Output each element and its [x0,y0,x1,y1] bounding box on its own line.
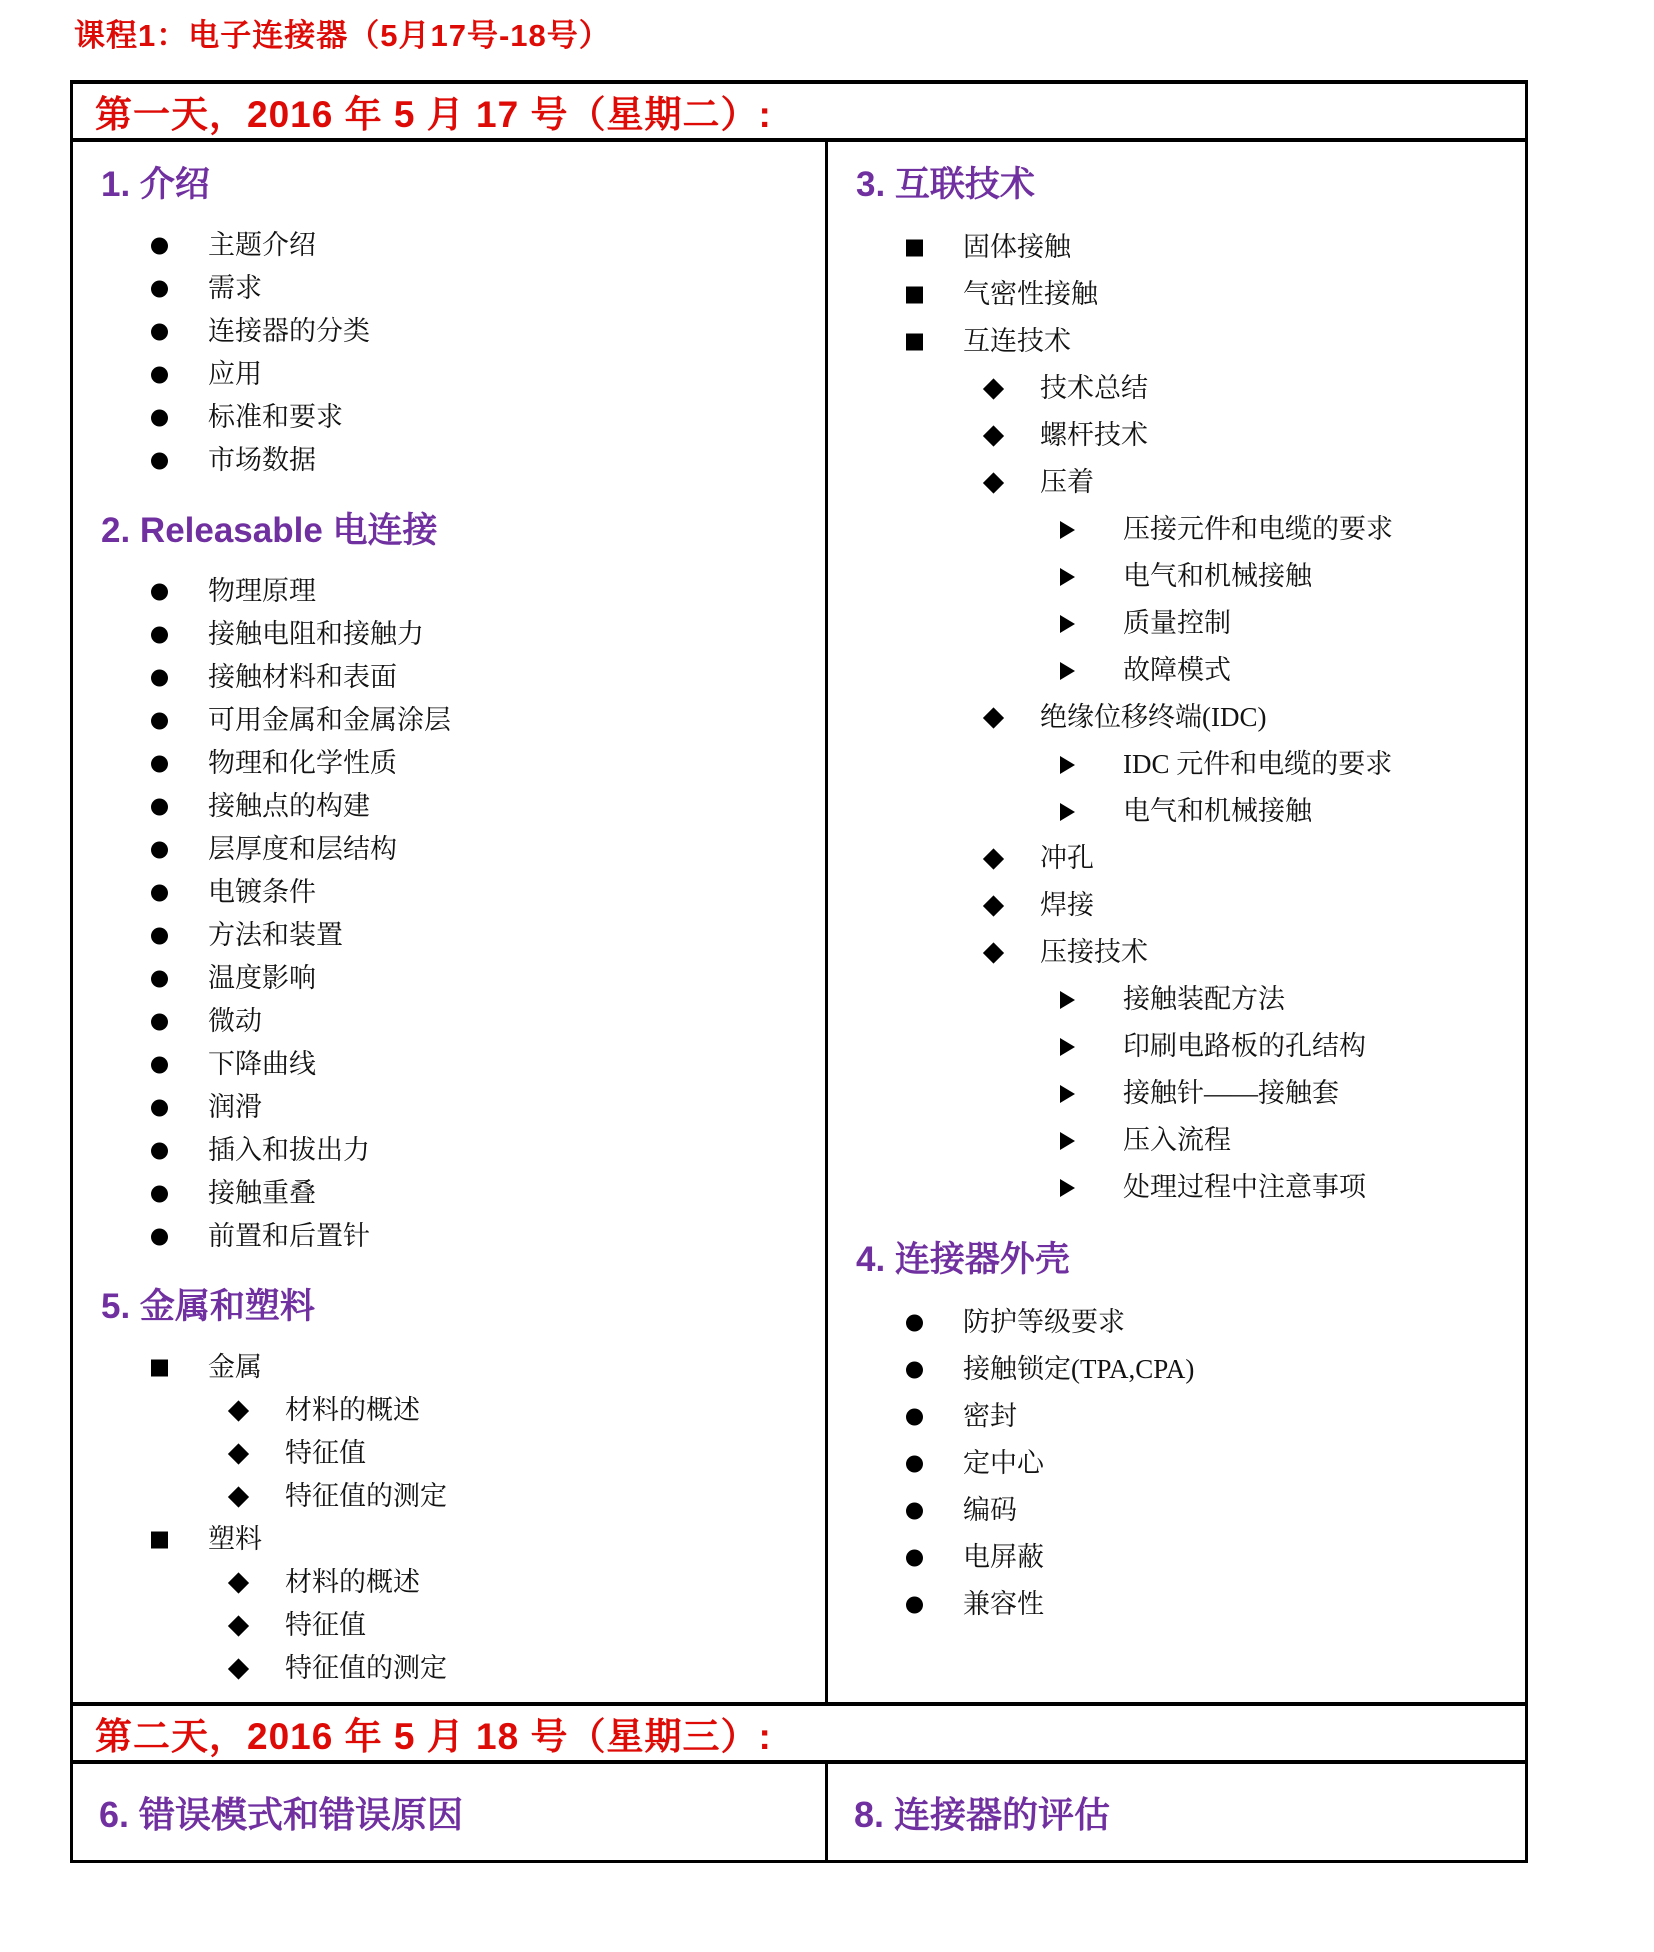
outline-item-text: 特征值 [285,1612,366,1639]
bullet-arrow-icon [1060,1085,1075,1103]
bullet-circle-icon [151,798,168,815]
bullet-diamond-icon [983,895,1004,916]
outline-item-text: 接触重叠 [208,1180,316,1207]
outline-item: 压接元件和电缆的要求 [828,506,1525,553]
outline-item-text: 应用 [208,361,262,388]
outline-item: 故障模式 [828,647,1525,694]
bullet-diamond-icon [228,1572,249,1593]
day2-right-cell: 8. 连接器的评估 [827,1762,1527,1862]
section-heading: 8. 连接器的评估 [828,1787,1525,1838]
outline-item: 主题介绍 [73,224,825,267]
outline-item-text: 编码 [963,1497,1017,1524]
bullet-circle-icon [151,323,168,340]
outline-item: 润滑 [73,1086,825,1129]
bullet-circle-icon [906,1549,923,1566]
bullet-circle-icon [151,452,168,469]
section-heading: 1. 介绍 [101,160,825,210]
outline-item: 市场数据 [73,439,825,482]
outline-item-text: 电镀条件 [208,879,316,906]
outline-item-text: 下降曲线 [208,1051,316,1078]
bullet-diamond-icon [983,472,1004,493]
bullet-square-icon [906,286,923,303]
bullet-circle-icon [151,583,168,600]
outline-item-text: 方法和装置 [208,922,343,949]
outline-item: 接触重叠 [73,1172,825,1215]
outline-item-text: 温度影响 [208,965,316,992]
outline-item: 特征值 [73,1432,825,1475]
outline-item-text: 主题介绍 [208,232,316,259]
bullet-circle-icon [151,970,168,987]
day2-header-cell: 第二天，2016 年 5 月 18 号（星期三）: [72,1704,1527,1762]
outline-item: 接触材料和表面 [73,656,825,699]
outline-item-text: 需求 [208,275,262,302]
outline-item: 压着 [828,459,1525,506]
outline-item-text: 物理和化学性质 [208,750,397,777]
bullet-diamond-icon [228,1615,249,1636]
bullet-square-icon [151,1531,168,1548]
outline-item-text: 特征值的测定 [285,1655,447,1682]
bullet-circle-icon [906,1455,923,1472]
bullet-circle-icon [151,884,168,901]
outline-item: 接触锁定(TPA,CPA) [828,1346,1525,1393]
bullet-circle-icon [151,1056,168,1073]
outline-item-text: 冲孔 [1040,845,1094,872]
bullet-circle-icon [151,626,168,643]
bullet-diamond-icon [983,942,1004,963]
bullet-arrow-icon [1060,803,1075,821]
outline-item-text: 故障模式 [1123,657,1231,684]
outline-item: 需求 [73,267,825,310]
day1-header-cell: 第一天，2016 年 5 月 17 号（星期二）: [72,82,1527,140]
outline-item-text: 兼容性 [963,1591,1044,1618]
outline-item-text: 密封 [963,1403,1017,1430]
outline-item: 方法和装置 [73,914,825,957]
bullet-circle-icon [151,1185,168,1202]
outline-item: 技术总结 [828,365,1525,412]
bullet-diamond-icon [228,1443,249,1464]
bullet-arrow-icon [1060,991,1075,1009]
outline-item: 密封 [828,1393,1525,1440]
bullet-circle-icon [151,927,168,944]
outline-item: 金属 [73,1346,825,1389]
outline-item-text: 接触针——接触套 [1123,1080,1339,1107]
outline-item: 插入和拔出力 [73,1129,825,1172]
outline-item-text: 前置和后置针 [208,1223,370,1250]
outline-item-text: 润滑 [208,1094,262,1121]
outline-item-text: 防护等级要求 [963,1309,1125,1336]
bullet-arrow-icon [1060,1132,1075,1150]
outline-item-text: 塑料 [208,1526,262,1553]
outline-item-text: 接触材料和表面 [208,664,397,691]
outline-item-text: 连接器的分类 [208,318,370,345]
page-title: 课程1：电子连接器（5月17号-18号） [74,10,611,55]
section-heading: 4. 连接器外壳 [856,1235,1525,1285]
day1-left-cell: 1. 介绍主题介绍需求连接器的分类应用标准和要求市场数据2. Releasabl… [72,140,827,1704]
outline-item: 气密性接触 [828,271,1525,318]
outline-item-text: IDC 元件和电缆的要求 [1123,751,1392,778]
outline-item-text: 压接技术 [1040,939,1148,966]
bullet-diamond-icon [983,378,1004,399]
bullet-circle-icon [151,1228,168,1245]
bullet-square-icon [906,239,923,256]
outline-item-text: 层厚度和层结构 [208,836,397,863]
outline-item: 层厚度和层结构 [73,828,825,871]
bullet-arrow-icon [1060,662,1075,680]
outline-item-text: 绝缘位移终端(IDC) [1040,704,1266,731]
day1-content-row: 1. 介绍主题介绍需求连接器的分类应用标准和要求市场数据2. Releasabl… [72,140,1527,1704]
outline-item: 特征值的测定 [73,1475,825,1518]
outline-item-text: 微动 [208,1008,262,1035]
outline-item: 编码 [828,1487,1525,1534]
schedule-table: 第一天，2016 年 5 月 17 号（星期二）: 1. 介绍主题介绍需求连接器… [70,80,1528,1863]
day2-header-row: 第二天，2016 年 5 月 18 号（星期三）: [72,1704,1527,1762]
outline-item-text: 电气和机械接触 [1123,563,1312,590]
outline-item: 印刷电路板的孔结构 [828,1023,1525,1070]
outline-item: 压入流程 [828,1117,1525,1164]
bullet-arrow-icon [1060,521,1075,539]
outline-item: 定中心 [828,1440,1525,1487]
outline-item-text: 标准和要求 [208,404,343,431]
outline-item-text: 特征值 [285,1440,366,1467]
bullet-circle-icon [151,1013,168,1030]
outline-item: 冲孔 [828,835,1525,882]
outline-item: 应用 [73,353,825,396]
day2-header-text: 第二天，2016 年 5 月 18 号（星期三）: [95,1716,772,1757]
outline-item: 兼容性 [828,1581,1525,1628]
bullet-circle-icon [151,1099,168,1116]
bullet-circle-icon [151,366,168,383]
bullet-circle-icon [906,1314,923,1331]
outline-item-text: 金属 [208,1354,262,1381]
bullet-circle-icon [151,841,168,858]
bullet-arrow-icon [1060,1038,1075,1056]
outline-item: 电气和机械接触 [828,553,1525,600]
outline-item-text: 固体接触 [963,234,1071,261]
outline-item: 焊接 [828,882,1525,929]
outline-item: 标准和要求 [73,396,825,439]
section-heading: 2. Releasable 电连接 [101,506,825,556]
bullet-circle-icon [151,755,168,772]
day1-left-outline: 1. 介绍主题介绍需求连接器的分类应用标准和要求市场数据2. Releasabl… [73,142,825,1690]
bullet-circle-icon [906,1596,923,1613]
bullet-diamond-icon [228,1486,249,1507]
bullet-circle-icon [151,280,168,297]
outline-item-text: 压着 [1040,469,1094,496]
outline-item: 接触装配方法 [828,976,1525,1023]
outline-item-text: 接触电阻和接触力 [208,621,424,648]
outline-item-text: 可用金属和金属涂层 [208,707,451,734]
outline-item: 温度影响 [73,957,825,1000]
outline-item-text: 定中心 [963,1450,1044,1477]
outline-item: 前置和后置针 [73,1215,825,1258]
bullet-diamond-icon [983,425,1004,446]
bullet-circle-icon [151,712,168,729]
outline-item-text: 压接元件和电缆的要求 [1123,516,1393,543]
outline-item-text: 特征值的测定 [285,1483,447,1510]
section-heading: 3. 互联技术 [856,160,1525,210]
outline-item-text: 气密性接触 [963,281,1098,308]
outline-item: 绝缘位移终端(IDC) [828,694,1525,741]
day1-right-cell: 3. 互联技术固体接触气密性接触互连技术技术总结螺杆技术压着压接元件和电缆的要求… [827,140,1527,1704]
outline-item: 连接器的分类 [73,310,825,353]
outline-item: 特征值 [73,1604,825,1647]
outline-item-text: 电气和机械接触 [1123,798,1312,825]
outline-item: 材料的概述 [73,1561,825,1604]
outline-item-text: 接触点的构建 [208,793,370,820]
bullet-circle-icon [906,1361,923,1378]
outline-item-text: 材料的概述 [285,1569,420,1596]
day1-header-row: 第一天，2016 年 5 月 17 号（星期二）: [72,82,1527,140]
bullet-diamond-icon [228,1658,249,1679]
outline-item: 下降曲线 [73,1043,825,1086]
outline-item-text: 市场数据 [208,447,316,474]
outline-item: 材料的概述 [73,1389,825,1432]
day2-content-row: 6. 错误模式和错误原因 8. 连接器的评估 [72,1762,1527,1862]
outline-item: 处理过程中注意事项 [828,1164,1525,1211]
outline-item: IDC 元件和电缆的要求 [828,741,1525,788]
bullet-square-icon [151,1359,168,1376]
bullet-arrow-icon [1060,756,1075,774]
day1-header-text: 第一天，2016 年 5 月 17 号（星期二）: [95,94,772,135]
day1-right-outline: 3. 互联技术固体接触气密性接触互连技术技术总结螺杆技术压着压接元件和电缆的要求… [828,142,1525,1628]
outline-item: 接触针——接触套 [828,1070,1525,1117]
outline-item: 可用金属和金属涂层 [73,699,825,742]
outline-item-text: 压入流程 [1123,1127,1231,1154]
bullet-circle-icon [906,1408,923,1425]
outline-item: 接触点的构建 [73,785,825,828]
outline-item: 质量控制 [828,600,1525,647]
outline-item-text: 接触装配方法 [1123,986,1285,1013]
outline-item: 防护等级要求 [828,1299,1525,1346]
outline-item: 压接技术 [828,929,1525,976]
section-heading: 6. 错误模式和错误原因 [73,1787,825,1838]
outline-item: 微动 [73,1000,825,1043]
outline-item-text: 焊接 [1040,892,1094,919]
outline-item: 螺杆技术 [828,412,1525,459]
outline-item-text: 电屏蔽 [963,1544,1044,1571]
bullet-diamond-icon [983,707,1004,728]
outline-item: 特征值的测定 [73,1647,825,1690]
outline-item-text: 处理过程中注意事项 [1123,1174,1366,1201]
section-heading: 5. 金属和塑料 [101,1282,825,1332]
outline-item-text: 物理原理 [208,578,316,605]
bullet-arrow-icon [1060,568,1075,586]
bullet-diamond-icon [983,848,1004,869]
outline-item-text: 技术总结 [1040,375,1148,402]
outline-item: 电镀条件 [73,871,825,914]
outline-item: 塑料 [73,1518,825,1561]
bullet-arrow-icon [1060,1179,1075,1197]
outline-item: 互连技术 [828,318,1525,365]
bullet-diamond-icon [228,1400,249,1421]
outline-item-text: 印刷电路板的孔结构 [1123,1033,1366,1060]
outline-item-text: 互连技术 [963,328,1071,355]
outline-item-text: 螺杆技术 [1040,422,1148,449]
day2-left-cell: 6. 错误模式和错误原因 [72,1762,827,1862]
outline-item: 电屏蔽 [828,1534,1525,1581]
outline-item: 电气和机械接触 [828,788,1525,835]
outline-item: 固体接触 [828,224,1525,271]
outline-item-text: 插入和拔出力 [208,1137,370,1164]
bullet-arrow-icon [1060,615,1075,633]
bullet-circle-icon [906,1502,923,1519]
bullet-circle-icon [151,669,168,686]
outline-item-text: 质量控制 [1123,610,1231,637]
bullet-circle-icon [151,237,168,254]
outline-item-text: 材料的概述 [285,1397,420,1424]
outline-item: 物理原理 [73,570,825,613]
outline-item: 接触电阻和接触力 [73,613,825,656]
bullet-square-icon [906,333,923,350]
bullet-circle-icon [151,409,168,426]
bullet-circle-icon [151,1142,168,1159]
outline-item: 物理和化学性质 [73,742,825,785]
outline-item-text: 接触锁定(TPA,CPA) [963,1356,1194,1383]
